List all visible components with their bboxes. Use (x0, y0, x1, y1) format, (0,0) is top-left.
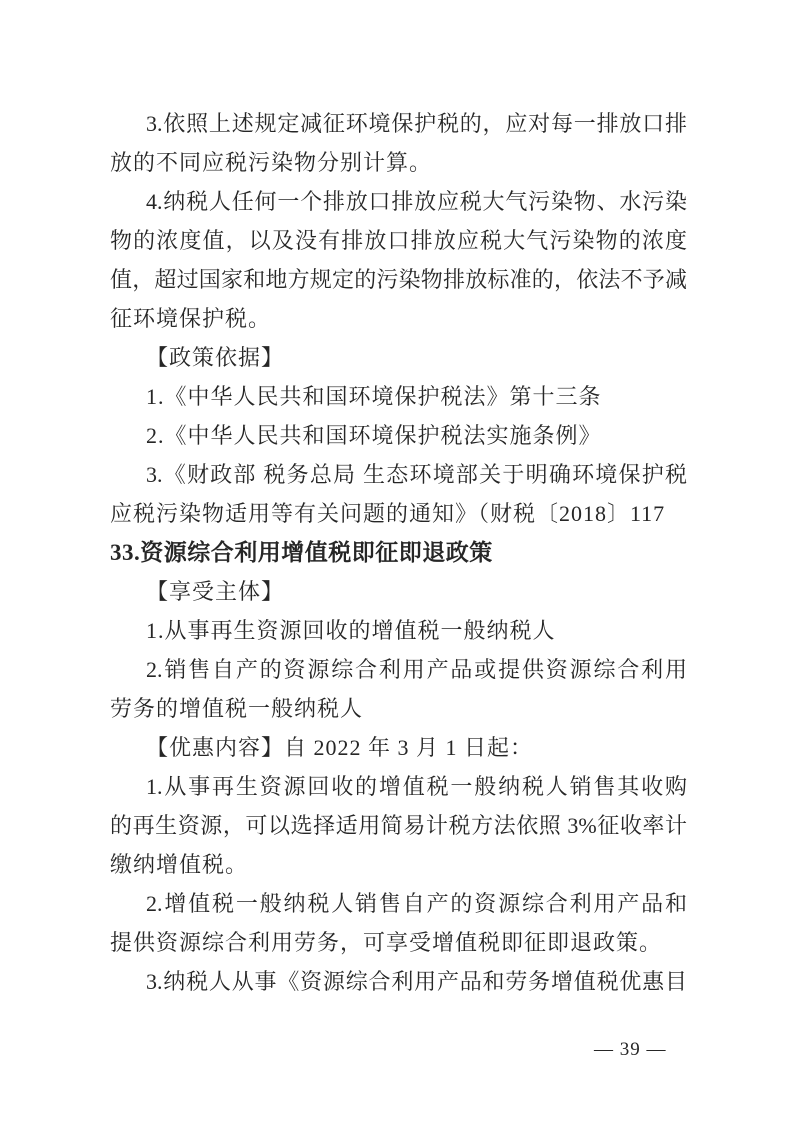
paragraph: 【享受主体】 (110, 572, 687, 611)
section-heading: 33.资源综合利用增值税即征即退政策 (110, 533, 687, 572)
text-line: 缴纳增值税。 (110, 845, 687, 884)
paragraph: 2.增值税一般纳税人销售自产的资源综合利用产品和提供资源综合利用劳务，可享受增值… (110, 884, 687, 962)
text-line: 物的浓度值，以及没有排放口排放应税大气污染物的浓度 (110, 221, 687, 260)
paragraph: 1.从事再生资源回收的增值税一般纳税人销售其收购的再生资源，可以选择适用简易计税… (110, 767, 687, 884)
paragraph: 3.纳税人从事《资源综合利用产品和劳务增值税优惠目 (110, 962, 687, 1001)
text-line: 征环境保护税。 (110, 299, 687, 338)
paragraph: 3.依照上述规定减征环境保护税的，应对每一排放口排放的不同应税污染物分别计算。 (110, 104, 687, 182)
text-line: 3.《财政部 税务总局 生态环境部关于明确环境保护税 (110, 455, 687, 494)
paragraph: 3.《财政部 税务总局 生态环境部关于明确环境保护税应税污染物适用等有关问题的通… (110, 455, 687, 533)
text-line: 2.《中华人民共和国环境保护税法实施条例》 (110, 416, 687, 455)
paragraph: 1.从事再生资源回收的增值税一般纳税人 (110, 611, 687, 650)
text-line: 4.纳税人任何一个排放口排放应税大气污染物、水污染 (110, 182, 687, 221)
paragraph: 2.《中华人民共和国环境保护税法实施条例》 (110, 416, 687, 455)
page-number: — 39 — (594, 1038, 667, 1062)
text-line: 【优惠内容】自 2022 年 3 月 1 日起： (110, 728, 687, 767)
text-line: 1.从事再生资源回收的增值税一般纳税人销售其收购 (110, 767, 687, 806)
text-line: 【政策依据】 (110, 338, 687, 377)
document-body: 3.依照上述规定减征环境保护税的，应对每一排放口排放的不同应税污染物分别计算。4… (110, 104, 687, 1001)
text-line: 2.销售自产的资源综合利用产品或提供资源综合利用 (110, 650, 687, 689)
text-line: 应税污染物适用等有关问题的通知》（财税〔2018〕117 号） (110, 494, 687, 533)
paragraph: 【优惠内容】自 2022 年 3 月 1 日起： (110, 728, 687, 767)
text-line: 【享受主体】 (110, 572, 687, 611)
text-line: 2.增值税一般纳税人销售自产的资源综合利用产品和 (110, 884, 687, 923)
text-line: 1.《中华人民共和国环境保护税法》第十三条 (110, 377, 687, 416)
text-line: 提供资源综合利用劳务，可享受增值税即征即退政策。 (110, 923, 687, 962)
paragraph: 1.《中华人民共和国环境保护税法》第十三条 (110, 377, 687, 416)
text-line: 1.从事再生资源回收的增值税一般纳税人 (110, 611, 687, 650)
paragraph: 4.纳税人任何一个排放口排放应税大气污染物、水污染物的浓度值，以及没有排放口排放… (110, 182, 687, 338)
text-line: 放的不同应税污染物分别计算。 (110, 143, 687, 182)
text-line: 劳务的增值税一般纳税人 (110, 689, 687, 728)
document-page: 3.依照上述规定减征环境保护税的，应对每一排放口排放的不同应税污染物分别计算。4… (0, 0, 793, 1122)
text-line: 值，超过国家和地方规定的污染物排放标准的，依法不予减 (110, 260, 687, 299)
paragraph: 【政策依据】 (110, 338, 687, 377)
text-line: 3.依照上述规定减征环境保护税的，应对每一排放口排 (110, 104, 687, 143)
text-line: 的再生资源，可以选择适用简易计税方法依照 3%征收率计算 (110, 806, 687, 845)
text-line: 3.纳税人从事《资源综合利用产品和劳务增值税优惠目 (110, 962, 687, 1001)
section-heading-line: 33.资源综合利用增值税即征即退政策 (110, 533, 687, 572)
paragraph: 2.销售自产的资源综合利用产品或提供资源综合利用劳务的增值税一般纳税人 (110, 650, 687, 728)
